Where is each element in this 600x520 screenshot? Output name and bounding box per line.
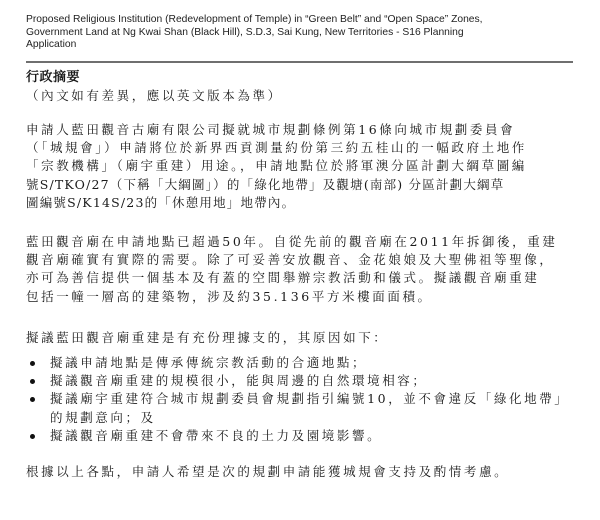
paragraph-conclusion: 根據以上各點，申請人希望是次的規劃申請能獲城規會支持及酌情考慮。 xyxy=(26,463,574,481)
reason-item: 擬議觀音廟重建的規模很小，能與周邊的自然環境相容； xyxy=(26,372,586,390)
paragraph-line: 號S/TKO/27（下稱「大綱圖」）的「綠化地帶」及觀塘(南部) 分區計劃大綱草 xyxy=(26,176,574,194)
header-divider xyxy=(26,61,573,63)
section-title: 行政摘要 xyxy=(26,69,80,86)
paragraph-temple-background: 藍田觀音廟在申請地點已超過50年。自從先前的觀音廟在2011年拆御後，重建 觀音… xyxy=(26,233,574,306)
header-line: Proposed Religious Institution (Redevelo… xyxy=(26,14,574,27)
paragraph-line: 圖編號S/K14S/23的「休憩用地」地帶內。 xyxy=(26,194,574,212)
paragraph-justification-intro: 擬議藍田觀音廟重建是有充份理據支的，其原因如下： xyxy=(26,329,574,347)
reason-text: 擬議觀音廟重建不會帶來不良的土力及園境影響。 xyxy=(50,428,382,443)
reason-text: 擬議觀音廟重建的規模很小，能與周邊的自然環境相容； xyxy=(50,373,428,388)
bullet-icon xyxy=(30,361,35,366)
reason-item: 擬議觀音廟重建不會帶來不良的土力及園境影響。 xyxy=(26,427,586,445)
paragraph-line: 觀音廟確實有實際的需要。除了可妥善安放觀音、金花娘娘及大聖佛祖等聖像， xyxy=(26,251,574,269)
paragraph-line: 「宗教機構」（廟宇重建）用途。，申請地點位於將軍澳分區計劃大綱草圖編 xyxy=(26,157,574,175)
paragraph-application-summary: 申請人藍田觀音古廟有限公司擬就城市規劃條例第16條向城市規劃委員會 （「城規會」… xyxy=(26,121,574,212)
reason-item: 擬議申請地點是傳承傳統宗教活動的合適地點； xyxy=(26,354,586,372)
document-header: Proposed Religious Institution (Redevelo… xyxy=(26,14,574,52)
bullet-icon xyxy=(30,434,35,439)
paragraph-line: 藍田觀音廟在申請地點已超過50年。自從先前的觀音廟在2011年拆御後，重建 xyxy=(26,233,574,251)
header-line: Government Land at Ng Kwai Shan (Black H… xyxy=(26,27,574,40)
reasons-list: 擬議申請地點是傳承傳統宗教活動的合適地點； 擬議觀音廟重建的規模很小，能與周邊的… xyxy=(26,354,586,445)
bullet-icon xyxy=(30,397,35,402)
paragraph-line: （「城規會」）申請將位於新界西貢測量約份第三約五桂山的一幅政府土地作 xyxy=(26,139,574,157)
paragraph-line: 擬議藍田觀音廟重建是有充份理據支的，其原因如下： xyxy=(26,329,574,347)
reason-continuation: 的規劃意向；及 xyxy=(50,409,586,427)
paragraph-line: 申請人藍田觀音古廟有限公司擬就城市規劃條例第16條向城市規劃委員會 xyxy=(26,121,574,139)
reason-text: 擬議廟宇重建符合城市規劃委員會規劃指引編號10，並不會違反「綠化地帶」 xyxy=(50,391,569,406)
header-line: Application xyxy=(26,39,574,52)
paragraph-line: 包括一幢一層高的建築物，涉及約35.136平方米樓面面積。 xyxy=(26,288,574,306)
paragraph-line: 根據以上各點，申請人希望是次的規劃申請能獲城規會支持及酌情考慮。 xyxy=(26,463,574,481)
reason-text: 擬議申請地點是傳承傳統宗教活動的合適地點； xyxy=(50,355,367,370)
paragraph-line: 亦可為善信提供一個基本及有蓋的空間舉辦宗教活動和儀式。擬議觀音廟重建 xyxy=(26,269,574,287)
bullet-icon xyxy=(30,379,35,384)
reason-item: 擬議廟宇重建符合城市規劃委員會規劃指引編號10，並不會違反「綠化地帶」 的規劃意… xyxy=(26,390,586,426)
section-note: （內文如有差異，應以英文版本為準） xyxy=(26,87,283,104)
